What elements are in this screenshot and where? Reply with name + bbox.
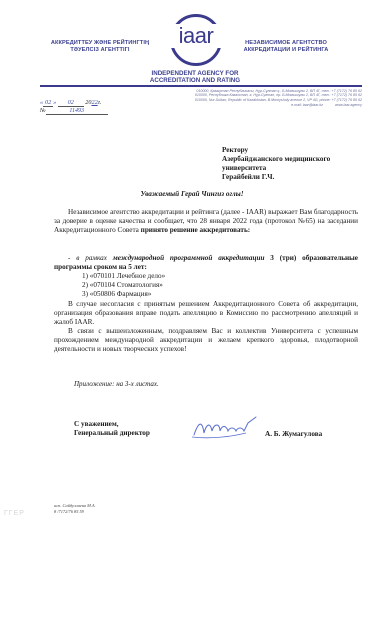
executor-phone: 8 /7172/76 85 59 [54,509,96,515]
paragraph-3: В случае несогласия с принятым решением … [54,300,358,327]
registration-number: №11493 [40,108,108,115]
executor-name: исп. Сайдуллаева М.А. [54,503,96,509]
greeting: Уважаемый Герай Чингиз оглы! [0,190,384,198]
annex-note: Приложение: на 3-х листах. [74,380,159,388]
russian-agency-title: НЕЗАВИСИМОЕ АГЕНТСТВО АККРЕДИТАЦИИ И РЕЙ… [228,40,344,53]
kazakh-title-line1: АККРЕДИТТЕУ ЖӘНЕ РЕЙТИНГТІҢ [36,40,164,47]
handwritten-signature-icon [190,415,262,441]
program-list: 1) «070101 Лечебное дело» 2) «070104 Сто… [82,272,165,299]
closing-text: С уважением, [74,420,150,429]
email-link[interactable]: e-mail: iaar@iaar.kz [291,103,323,107]
iaar-logo: IAAR [170,14,222,66]
recipient-line3: университета [222,164,330,173]
russian-title-line2: АККРЕДИТАЦИИ И РЕЙТИНГА [228,47,344,54]
executor-block: исп. Сайдуллаева М.А. 8 /7172/76 85 59 [54,503,96,514]
program-item: 1) «070101 Лечебное дело» [82,272,165,281]
english-title-line1: INDEPENDENT AGENCY FOR [120,70,270,77]
closing-block: С уважением, Генеральный директор [74,420,150,438]
paragraph-4: В связи с вышеизложенным, поздравляем Ва… [54,327,358,354]
address-block: 010000, Қазақстан Республикасы, Нұр-Сұлт… [195,89,362,102]
logo-text: IAAR [164,24,228,48]
signer-position: Генеральный директор [74,429,150,438]
kazakh-agency-title: АККРЕДИТТЕУ ЖӘНЕ РЕЙТИНГТІҢ ТӘУЕЛСІЗ АГЕ… [36,40,164,53]
paragraph-2: - в рамках международной программной акк… [54,254,358,272]
website-link[interactable]: www.iaar.agency [335,103,362,107]
registration-date: «02» 02 2022г. [40,99,102,107]
signer-name: А. Б. Жумагулова [265,430,322,438]
english-title-line2: ACCREDITATION AND RATING [120,77,270,84]
header-divider [40,85,362,87]
reg-number: 11493 [46,108,108,115]
reg-month: 02 [58,99,84,107]
decision-bold: принято решение аккредитовать: [141,226,250,234]
program-item: 3) «050806 Фармация» [82,290,165,299]
faded-stamp: ГГЕР [4,510,25,517]
reg-day: 02 [43,99,53,107]
address-english: 010000, Nur-Sultan, Republic of Kazakhst… [195,98,362,102]
russian-title-line1: НЕЗАВИСИМОЕ АГЕНТСТВО [228,40,344,47]
recipient-block: Ректору Азербайджанского медицинского ун… [222,146,330,182]
recipient-line4: Герайбейли Г.Ч. [222,173,330,182]
kazakh-title-line2: ТӘУЕЛСІЗ АГЕНТТІГІ [36,47,164,54]
program-item: 2) «070104 Стоматология» [82,281,165,290]
paragraph-1: Независимое агентство аккредитации и рей… [54,208,358,235]
recipient-line1: Ректору [222,146,330,155]
english-agency-title: INDEPENDENT AGENCY FOR ACCREDITATION AND… [120,70,270,85]
contact-line: e-mail: iaar@iaar.kz www.iaar.agency [291,103,362,107]
recipient-line2: Азербайджанского медицинского [222,155,330,164]
